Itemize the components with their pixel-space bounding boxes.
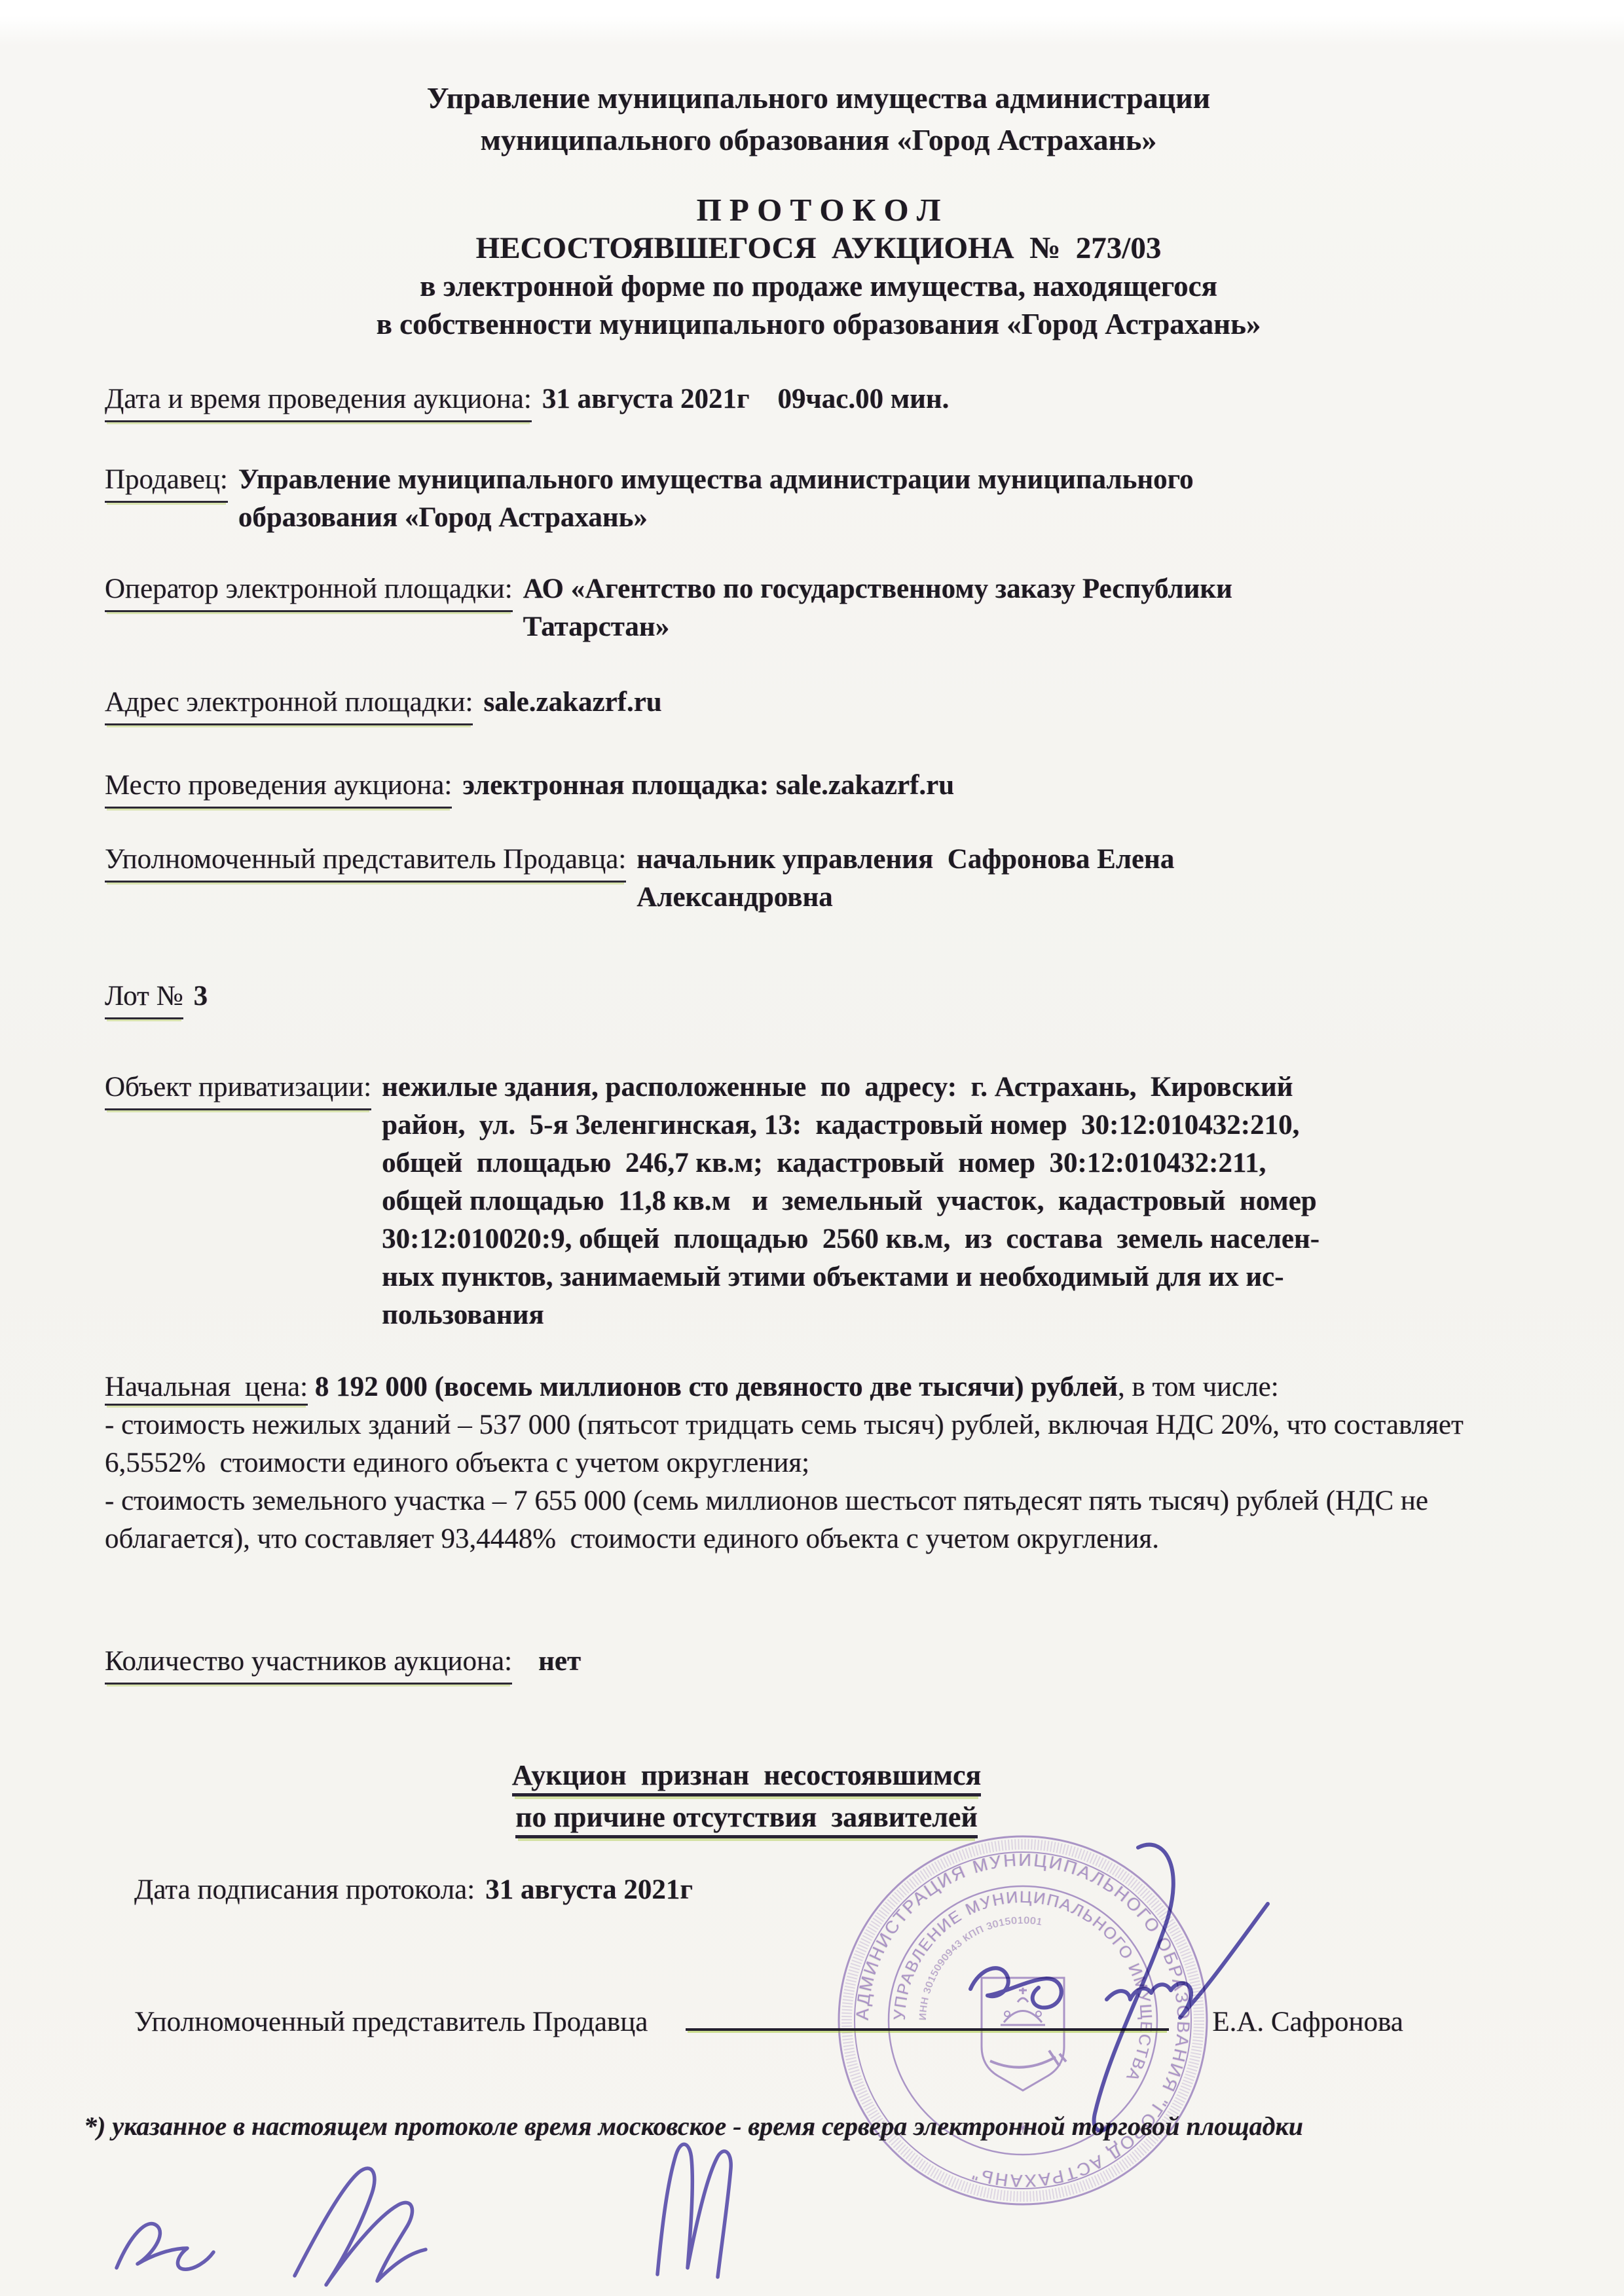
privatization-object-label: Объект приватизации: [105,1068,371,1110]
signature-row-label: Уполномоченный представитель Продавца [134,2006,648,2038]
starting-price-line: Начальная цена: 8 192 000 (восемь миллио… [105,1368,1532,1406]
signature-stroke-initials [970,1968,1061,2007]
representative-value: начальник управления Сафронова Елена Але… [637,841,1174,917]
lot-label: Лот № [105,977,183,1019]
platform-address-label: Адрес электронной площадки: [105,683,473,725]
privatization-object-row: Объект приватизации: нежилые здания, рас… [105,1068,1532,1334]
document-content: Управление муниципального имущества адми… [105,77,1532,1910]
scanned-protocol-page: АДМИНИСТРАЦИЯ МУНИЦИПАЛЬНОГО ОБРАЗОВАНИЯ… [0,0,1624,2296]
starting-price-block: Начальная цена: 8 192 000 (восемь миллио… [105,1368,1532,1558]
signature-stroke-loop [1094,1845,1173,2131]
organization-header: Управление муниципального имущества адми… [105,77,1532,161]
representative-label: Уполномоченный представитель Продавца: [105,840,626,883]
platform-operator-row: Оператор электронной площадки: АО «Агент… [105,570,1532,646]
starting-price-tail: , в том числе: [1118,1372,1279,1402]
auction-datetime-label: Дата и время проведения аукциона: [105,380,532,422]
signature-stroke-tail [1107,1904,1268,2018]
participants-row: Количество участников аукциона: нет [105,1642,1532,1685]
seller-row: Продавец: Управление муниципального имущ… [105,460,1532,537]
bottom-handwritten-marks [79,2140,733,2295]
auction-result-line1: Аукцион признан несостоявшимся [512,1759,982,1796]
platform-address-value: sale.zakazrf.ru [483,683,661,721]
scribble-1 [117,2224,213,2270]
starting-price-value: 8 192 000 (восемь миллионов сто девяност… [315,1372,1118,1402]
signing-date-value: 31 августа 2021г [485,1871,693,1909]
participants-label: Количество участников аукциона: [105,1642,512,1685]
auction-datetime-value: 31 августа 2021г 09час.00 мин. [542,380,950,418]
platform-operator-label: Оператор электронной площадки: [105,570,513,612]
scribble-2 [295,2168,426,2285]
scribble-3 [657,2144,731,2277]
auction-venue-row: Место проведения аукциона: электронная п… [105,766,1532,809]
platform-address-row: Адрес электронной площадки: sale.zakazrf… [105,683,1532,725]
auction-result-block: Аукцион признан несостоявшимся по причин… [105,1757,1388,1836]
starting-price-label: Начальная цена: [105,1372,308,1406]
protocol-title: П Р О Т О К О Л [105,191,1532,229]
org-name-line2: муниципального образования «Город Астрах… [105,119,1532,161]
protocol-number-line: НЕСОСТОЯВШЕГОСЯ АУКЦИОНА № 273/03 [105,229,1532,267]
auction-datetime-row: Дата и время проведения аукциона: 31 авг… [105,380,1532,422]
representative-row: Уполномоченный представитель Продавца: н… [105,840,1532,917]
protocol-title-block: П Р О Т О К О Л НЕСОСТОЯВШЕГОСЯ АУКЦИОНА… [105,191,1532,343]
auction-venue-value: электронная площадка: sale.zakazrf.ru [462,767,954,805]
platform-operator-value: АО «Агентство по государственному заказу… [523,570,1232,646]
auction-venue-label: Место проведения аукциона: [105,766,452,809]
price-breakdown-buildings: - стоимость нежилых зданий – 537 000 (пя… [105,1406,1532,1482]
participants-value: нет [538,1643,581,1681]
lot-row: Лот № 3 [105,977,1532,1019]
protocol-subtitle-line2: в собственности муниципального образован… [105,305,1532,343]
org-name-line1: Управление муниципального имущества адми… [105,77,1532,119]
seller-label: Продавец: [105,460,228,503]
protocol-subtitle-line1: в электронной форме по продаже имущества… [105,267,1532,305]
signing-date-label: Дата подписания протокола: [134,1870,475,1910]
privatization-object-value: нежилые здания, расположенные по адресу:… [382,1068,1319,1334]
lot-number: 3 [194,977,208,1015]
seller-value: Управление муниципального имущества адми… [238,461,1194,537]
price-breakdown-land: - стоимость земельного участка – 7 655 0… [105,1482,1532,1558]
signature-ink [753,1833,1329,2174]
